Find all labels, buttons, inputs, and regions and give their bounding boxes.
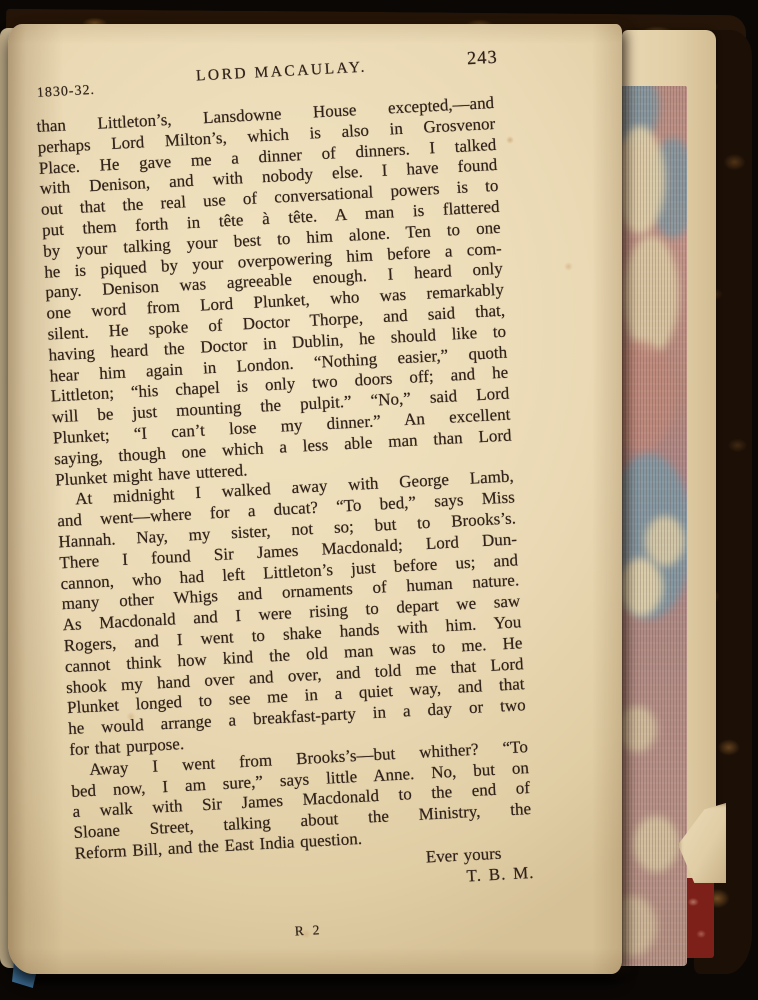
marble-blob	[613, 454, 687, 619]
printers-signature-mark: R 2	[79, 909, 537, 954]
marble-blob	[617, 706, 657, 752]
marble-blob	[613, 341, 675, 451]
page-number: 243	[466, 48, 498, 71]
running-title: LORD MACAULAY.	[196, 59, 368, 86]
marginal-date: 1830-32.	[37, 83, 96, 102]
marble-blob	[633, 816, 679, 872]
foxing-spot	[506, 136, 514, 144]
marble-blob	[649, 138, 687, 238]
book-page: 1830-32. LORD MACAULAY. 243 than Littlet…	[8, 24, 622, 974]
book-photograph: 1830-32. LORD MACAULAY. 243 than Littlet…	[0, 0, 758, 1000]
marbled-fore-edge	[613, 86, 687, 966]
paragraph: At midnight I walked away with George La…	[56, 467, 528, 761]
printed-text-block: 1830-32. LORD MACAULAY. 243 than Littlet…	[34, 52, 537, 953]
marble-blob	[623, 236, 679, 354]
paragraph: than Littleton’s, Lansdowne House except…	[36, 93, 513, 491]
marble-blob	[615, 126, 665, 234]
marble-blob	[645, 516, 685, 566]
foxing-spot	[564, 262, 573, 271]
body-text: than Littleton’s, Lansdowne House except…	[36, 93, 537, 953]
marble-blob	[619, 558, 663, 616]
page-header: 1830-32. LORD MACAULAY. 243	[34, 52, 493, 102]
